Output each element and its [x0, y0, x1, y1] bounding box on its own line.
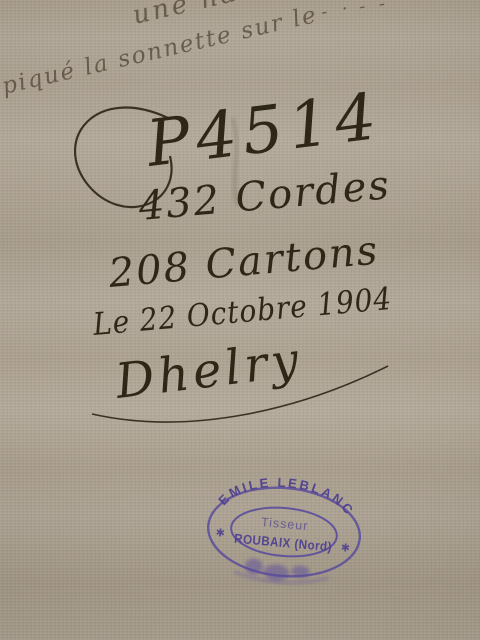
manuscript-photo: une nar ‐ ⸱ ‐ ‐ piqué la sonnette sur le… [0, 0, 480, 640]
star-icon: ✱ [340, 542, 350, 555]
manuscript-overlay: une nar ‐ ⸱ ‐ ‐ piqué la sonnette sur le… [0, 0, 480, 640]
star-icon: ✱ [215, 527, 225, 540]
